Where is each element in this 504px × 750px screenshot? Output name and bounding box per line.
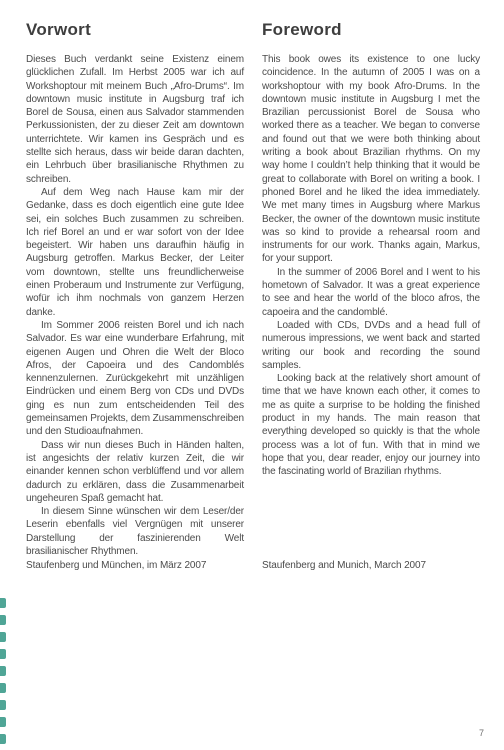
thumb-index-tab [0, 598, 6, 608]
vorwort-paragraph-4: Dass wir nun dieses Buch in Händen halte… [26, 439, 244, 505]
thumb-index-tab [0, 649, 6, 659]
foreword-column: Foreword This book owes its existence to… [262, 20, 480, 479]
vorwort-paragraph-1: Dieses Buch verdankt seine Existenz eine… [26, 53, 244, 186]
foreword-paragraph-2: In the summer of 2006 Borel and I went t… [262, 266, 480, 319]
thumb-index-tab [0, 734, 6, 744]
book-page: Vorwort Dieses Buch verdankt seine Exist… [0, 0, 504, 750]
vorwort-paragraph-5: In diesem Sinne wünschen wir dem Leser/d… [26, 505, 244, 558]
foreword-paragraph-1: This book owes its existence to one luck… [262, 53, 480, 266]
vorwort-paragraph-3: Im Sommer 2006 reisten Borel und ich nac… [26, 319, 244, 439]
vorwort-title: Vorwort [26, 20, 244, 40]
thumb-index-tab [0, 666, 6, 676]
thumb-index-tab [0, 683, 6, 693]
english-dateline: Staufenberg and Munich, March 2007 [262, 560, 426, 571]
page-number: 7 [479, 728, 484, 738]
thumb-index-tab [0, 632, 6, 642]
thumb-index-tab [0, 615, 6, 625]
foreword-title: Foreword [262, 20, 480, 40]
foreword-paragraph-4: Looking back at the relatively short amo… [262, 372, 480, 478]
thumb-index-tab [0, 717, 6, 727]
german-dateline: Staufenberg und München, im März 2007 [26, 560, 206, 571]
foreword-paragraph-3: Loaded with CDs, DVDs and a head full of… [262, 319, 480, 372]
vorwort-column: Vorwort Dieses Buch verdankt seine Exist… [26, 20, 244, 558]
thumb-index-tab [0, 700, 6, 710]
vorwort-paragraph-2: Auf dem Weg nach Hause kam mir der Gedan… [26, 186, 244, 319]
